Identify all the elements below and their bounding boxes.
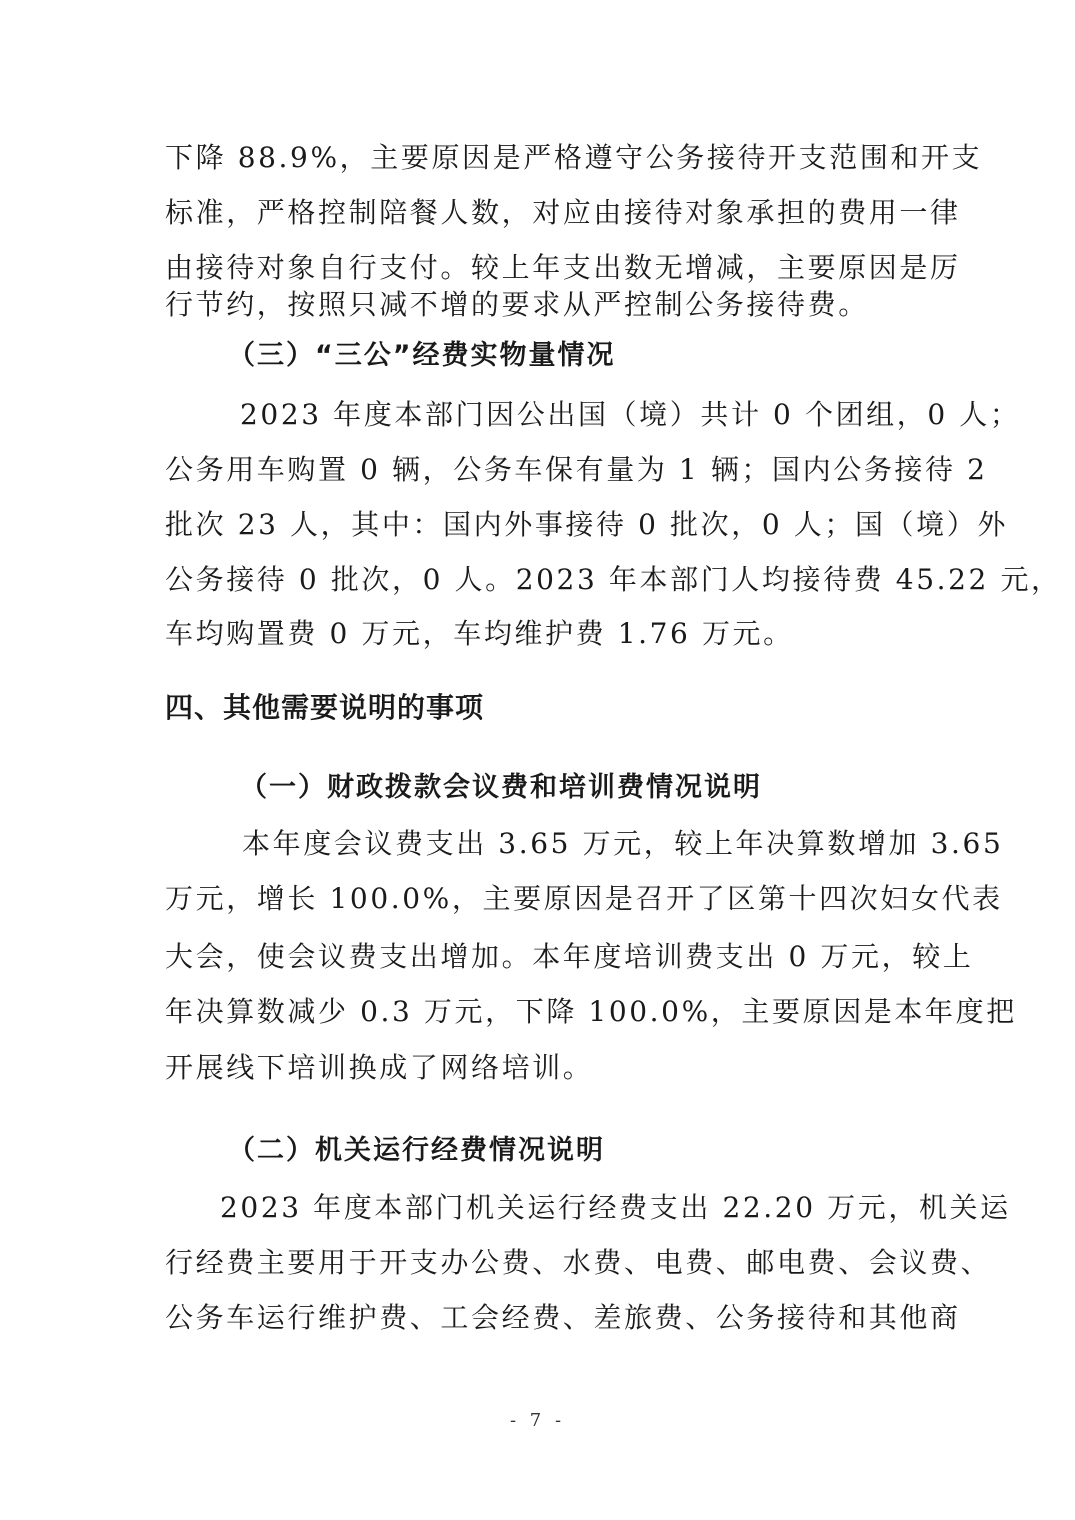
text-line-content: 车均购置费 0 万元，车均维护费 1.76 万元。 [165,617,794,650]
text-line: 批次 23 人，其中：国内外事接待 0 批次，0 人；国（境）外 [165,507,915,543]
page-number: - 7 - [0,1410,1075,1431]
section-heading-three: （三）“三公”经费实物量情况 [228,338,616,374]
text-line: 公务车运行维护费、工会经费、差旅费、公务接待和其他商 [165,1300,915,1336]
text-line: 车均购置费 0 万元，车均维护费 1.76 万元。 [165,616,794,652]
text-line: 标准，严格控制陪餐人数，对应由接待对象承担的费用一律 [165,195,915,231]
text-line: 下降 88.9%，主要原因是严格遵守公务接待开支范围和开支 [165,140,915,176]
section-heading-four: 四、其他需要说明的事项 [165,690,484,726]
text-line: 开展线下培训换成了网络培训。 [165,1050,593,1086]
text-line-content: 开展线下培训换成了网络培训。 [165,1051,593,1084]
text-line: 公务用车购置 0 辆，公务车保有量为 1 辆；国内公务接待 2 [165,452,915,488]
text-line: 由接待对象自行支付。较上年支出数无增减，主要原因是厉 [165,250,915,286]
text-line: 本年度会议费支出 3.65 万元，较上年决算数增加 3.65 [242,826,912,862]
text-line: 2023 年度本部门机关运行经费支出 22.20 万元，机关运 [220,1190,912,1226]
text-line-content: 行节约，按照只减不增的要求从严控制公务接待费。 [165,288,869,321]
text-line: 行经费主要用于开支办公费、水费、电费、邮电费、会议费、 [165,1245,915,1281]
subsection-heading-two: （二）机关运行经费情况说明 [228,1133,605,1169]
text-line: 大会，使会议费支出增加。本年度培训费支出 0 万元，较上 [165,939,915,975]
text-line: 2023 年度本部门因公出国（境）共计 0 个团组，0 人； [240,397,912,433]
text-line: 万元，增长 100.0%，主要原因是召开了区第十四次妇女代表 [165,881,915,917]
text-line: 行节约，按照只减不增的要求从严控制公务接待费。 [165,287,869,323]
text-line: 年决算数减少 0.3 万元，下降 100.0%，主要原因是本年度把 [165,994,915,1030]
text-line: 公务接待 0 批次，0 人。2023 年本部门人均接待费 45.22 元， [165,562,915,598]
subsection-heading-one: （一）财政拨款会议费和培训费情况说明 [240,770,762,806]
